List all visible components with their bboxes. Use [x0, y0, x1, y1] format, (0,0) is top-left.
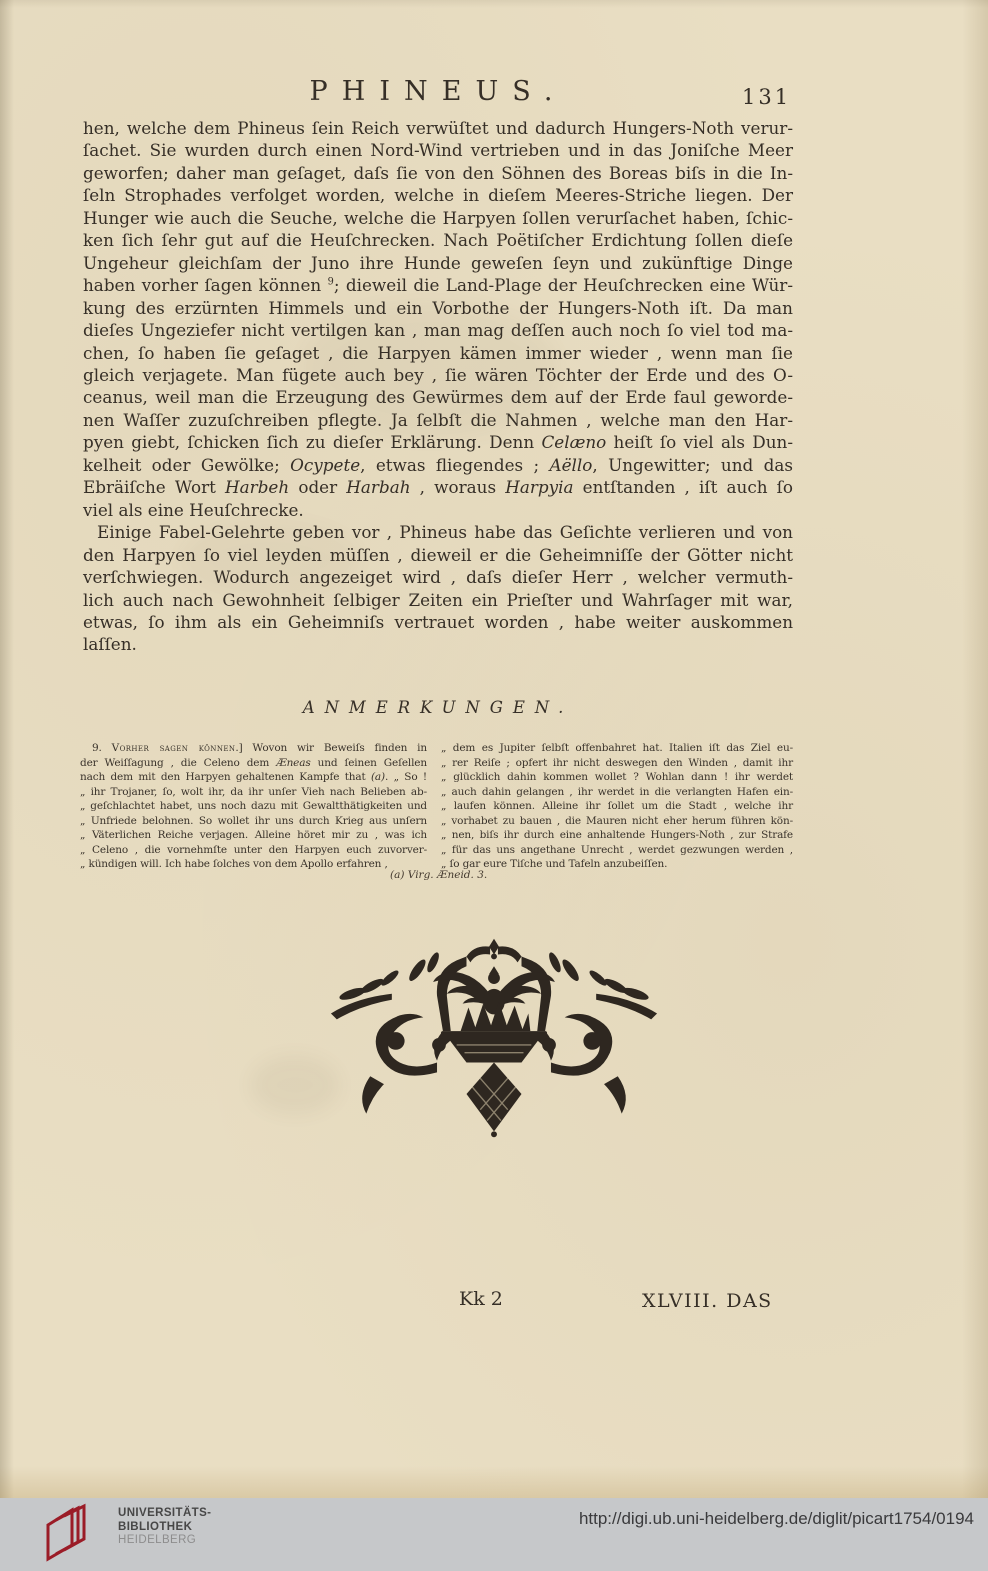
- text-line: „ nen, biſs ihr durch eine anhaltende Hu…: [441, 828, 793, 843]
- heidelberg-library-logo-icon: [32, 1503, 112, 1565]
- annotations-right-column: „ dem es Jupiter ſelbſt offenbahret hat.…: [441, 741, 793, 872]
- library-footer-bar: UNIVERSITÄTS- BIBLIOTHEK HEIDELBERG http…: [0, 1498, 988, 1571]
- text-line: nach dem mit den Harpyen gehaltenen Kamp…: [80, 770, 427, 785]
- text-line: pyen giebt, ſchicken ſich zu dieſer Erkl…: [83, 431, 793, 453]
- text-line: 9. Vorher sagen können.] Wovon wir Bewei…: [80, 741, 427, 756]
- text-line: etwas, ſo ihm als ein Geheimniſs vertrau…: [83, 611, 793, 633]
- text-line: Ungeheur gleichſam der Juno ihre Hunde g…: [83, 252, 793, 274]
- text-line: „ ſo gar eure Tiſche und Tafeln anzubeiſ…: [441, 857, 793, 872]
- text-line: „ Väterlichen Reiche verjagen. Alleine h…: [80, 828, 427, 843]
- text-line: dieſes Ungeziefer nicht vertilgen kan , …: [83, 319, 793, 341]
- text-line: Ebräiſche Wort Harbeh oder Harbah , wora…: [83, 476, 793, 498]
- text-line: hen, welche dem Phineus ſein Reich verwü…: [83, 117, 793, 139]
- text-line: nen Waſſer zuzuſchreiben pflegte. Ja ſel…: [83, 409, 793, 431]
- text-line: „ für das uns angethane Unrecht , werdet…: [441, 843, 793, 858]
- phoenix-foliage-vignette-icon: [327, 936, 661, 1140]
- annotations-heading: ANMERKUNGEN.: [83, 698, 793, 717]
- text-line: „ laufen können. Alleine ihr ſollet um d…: [441, 799, 793, 814]
- text-line: ken ſich ſehr gut auf die Heuſchrecken. …: [83, 229, 793, 251]
- text-line: Hunger wie auch die Seuche, welche die H…: [83, 207, 793, 229]
- text-line: „ ihr Trojaner, ſo, wolt ihr, da ihr unſ…: [80, 785, 427, 800]
- paragraph-continuation: hen, welche dem Phineus ſein Reich verwü…: [83, 117, 793, 521]
- page-title: PHINEUS.: [83, 76, 793, 107]
- text-line: geworfen; daher man geſaget, daſs ſie vo…: [83, 162, 793, 184]
- text-line: lich auch nach Gewohnheit ſelbiger Zeite…: [83, 589, 793, 611]
- catchword: XLVIII. DAS: [642, 1290, 773, 1312]
- text-line: „ glücklich dahin kommen wollet ? Wohlan…: [441, 770, 793, 785]
- text-line: kung des erzürnten Himmels und ein Vorbo…: [83, 297, 793, 319]
- text-line: ceanus, weil man die Erzeugung des Gewür…: [83, 386, 793, 408]
- text-line: der Weiſſagung , die Celeno dem Æneas un…: [80, 756, 427, 771]
- text-line: ſeln Strophades verfolget worden, welche…: [83, 184, 793, 206]
- annotations-left-column: 9. Vorher sagen können.] Wovon wir Bewei…: [80, 741, 427, 872]
- text-line: gleich verjagete. Man fügete auch bey , …: [83, 364, 793, 386]
- footnote-citation: (a) Virg. Æneid. 3.: [390, 869, 487, 881]
- text-line: chen, ſo haben ſie geſaget , die Harpyen…: [83, 342, 793, 364]
- paragraph-second: Einige Fabel-Gelehrte geben vor , Phineu…: [83, 521, 793, 656]
- text-line: „ Celeno , die vornehmſte unter den Harp…: [80, 843, 427, 858]
- text-line: laſſen.: [83, 633, 793, 655]
- text-line: „ geſchlachtet habet, uns noch dazu mit …: [80, 799, 427, 814]
- library-name-line2: BIBLIOTHEK: [118, 1521, 211, 1535]
- text-line: „ Unfriede belohnen. So wollet ihr uns d…: [80, 814, 427, 829]
- scanned-book-page: PHINEUS. 131 hen, welche dem Phineus ſei…: [0, 0, 988, 1571]
- text-line: „ dem es Jupiter ſelbſt offenbahret hat.…: [441, 741, 793, 756]
- page-bottom-edge: [0, 1466, 988, 1498]
- text-line: „ rer Reiſe ; opfert ihr nicht deswegen …: [441, 756, 793, 771]
- library-name-line3: HEIDELBERG: [118, 1534, 211, 1548]
- text-line: verſchwiegen. Wodurch angezeiget wird , …: [83, 566, 793, 588]
- text-line: „ auch dahin gelangen , ihr werdet in di…: [441, 785, 793, 800]
- text-line: „ kündigen will. Ich habe ſolches von de…: [80, 857, 427, 872]
- text-line: viel als eine Heuſchrecke.: [83, 499, 793, 521]
- text-line: ſachet. Sie wurden durch einen Nord-Wind…: [83, 139, 793, 161]
- text-line: kelheit oder Gewölke; Ocypete, etwas fli…: [83, 454, 793, 476]
- text-line: haben vorher ſagen können 9; dieweil die…: [83, 274, 793, 296]
- text-line: Einige Fabel-Gelehrte geben vor , Phineu…: [83, 521, 793, 543]
- library-name-line1: UNIVERSITÄTS-: [118, 1507, 211, 1521]
- signature-mark: Kk 2: [459, 1288, 503, 1310]
- library-name: UNIVERSITÄTS- BIBLIOTHEK HEIDELBERG: [118, 1507, 211, 1548]
- digitization-url: http://digi.ub.uni-heidelberg.de/diglit/…: [579, 1509, 974, 1529]
- main-text-block: hen, welche dem Phineus ſein Reich verwü…: [83, 117, 793, 656]
- text-line: „ vorhabet zu bauen , die Mauren nicht e…: [441, 814, 793, 829]
- text-line: den Harpyen ſo viel leyden müſſen , diew…: [83, 544, 793, 566]
- page-number: 131: [742, 85, 791, 109]
